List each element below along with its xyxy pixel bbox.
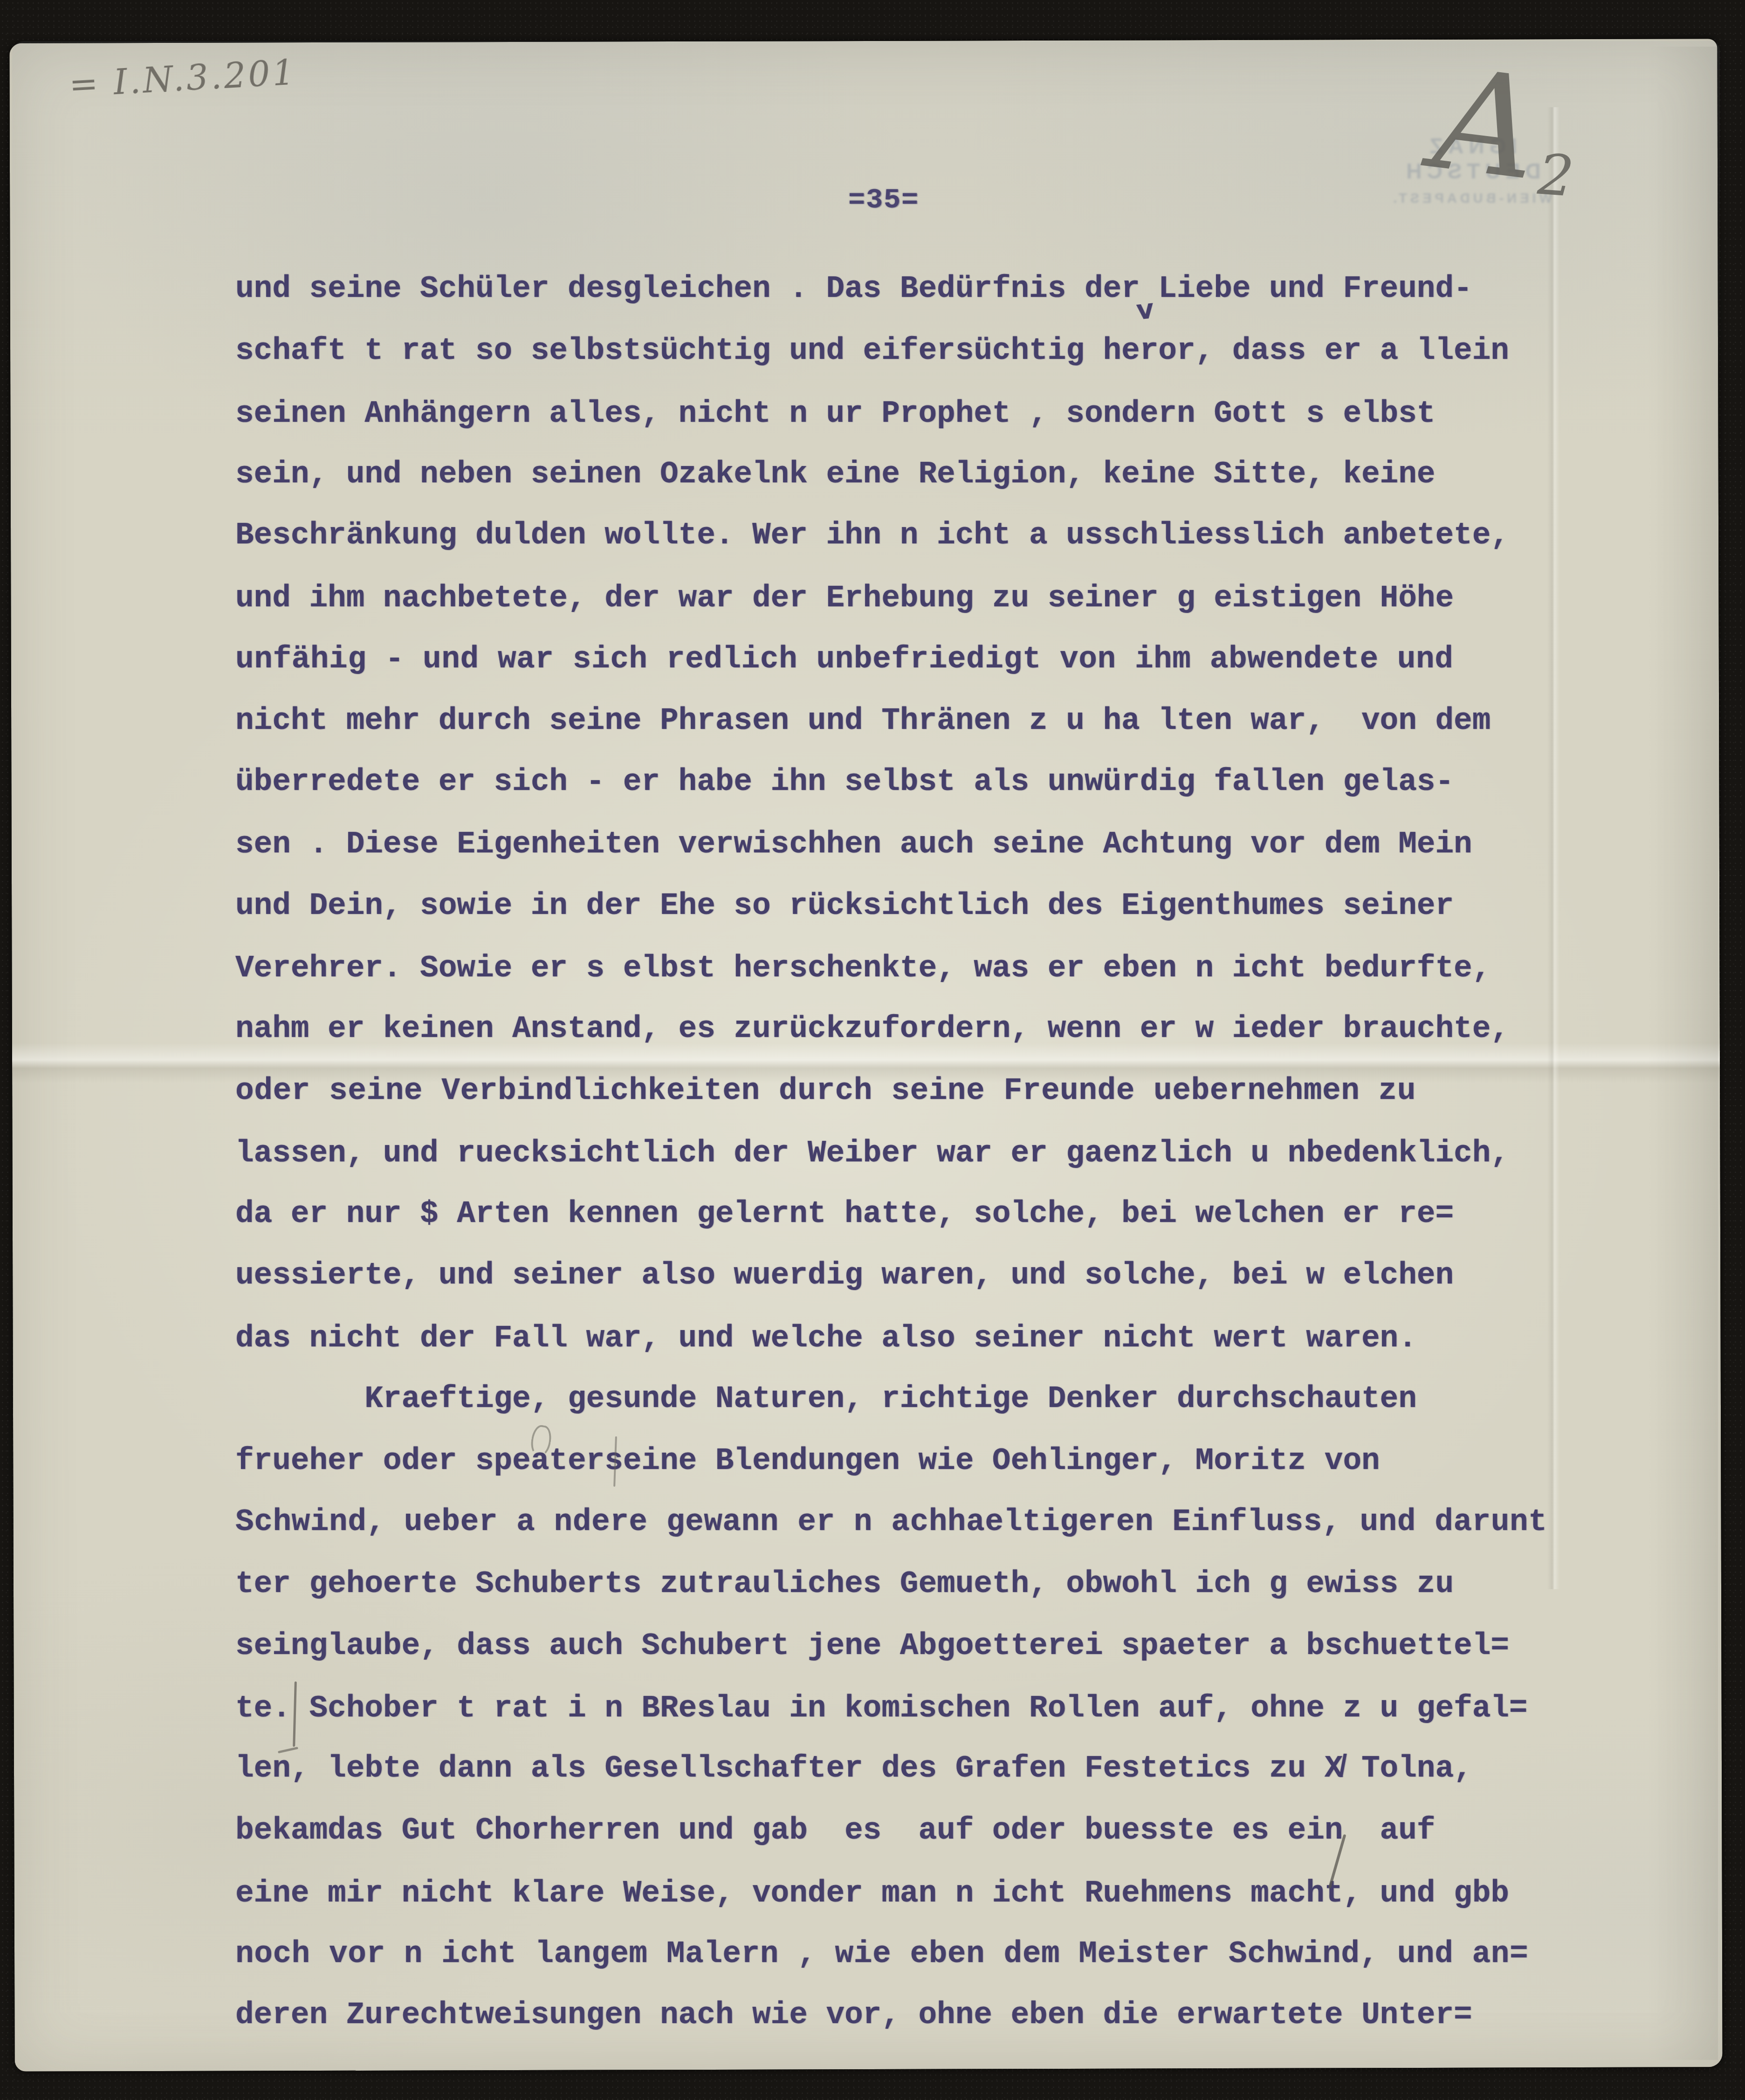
typed-line: ter gehoerte Schuberts zutrauliches Gemu… <box>235 1553 1547 1615</box>
typed-line: und Dein, sowie in der Ehe so rücksichtl… <box>235 875 1547 937</box>
page-number: =35= <box>848 185 919 216</box>
typed-line: da er nur $ Arten kennen gelernt hatte, … <box>235 1183 1547 1245</box>
typed-line: Verehrer. Sowie er s elbst herschenkte, … <box>235 938 1547 999</box>
typed-line: lassen, und ruecksichtlich der Weiber wa… <box>235 1123 1547 1184</box>
typed-line: deren Zurechtweisungen nach wie vor, ohn… <box>235 1984 1547 2046</box>
typed-line: überredete er sich - er habe ihn selbst … <box>235 751 1547 813</box>
typed-text-block: und seine Schüler desgleichen . Das Bedü… <box>235 259 1547 2047</box>
typed-line: und ihm nachbetete, der war der Erhebung… <box>235 568 1547 629</box>
typed-line: eine mir nicht klare Weise, vonder man n… <box>235 1862 1547 1924</box>
typed-line: frueher oder speaterseine Blendungen wie… <box>235 1430 1547 1492</box>
typed-line: noch vor n icht langem Malern , wie eben… <box>235 1923 1547 1985</box>
typed-line: te. Schober t rat i n BReslau in komisch… <box>235 1677 1547 1739</box>
vertical-fold-crease <box>1547 107 1560 1589</box>
typed-line: und seine Schüler desgleichen . Das Bedü… <box>235 258 1547 320</box>
typed-line: bekamdas Gut Chorherren und gab es auf o… <box>235 1800 1547 1861</box>
typed-line: seinen Anhängern alles, nicht n ur Proph… <box>235 383 1547 444</box>
typed-line: seinglaube, dass auch Schubert jene Abgo… <box>235 1615 1547 1677</box>
pencil-mark-a2: A 2 <box>1436 55 1595 223</box>
typed-line: schaft t rat so selbstsüchtig und eifers… <box>235 320 1547 382</box>
pencil-letter-a: A <box>1429 49 1546 200</box>
typed-line: sen . Diese Eigenheiten verwischhen auch… <box>235 814 1547 875</box>
typed-line: das nicht der Fall war, und welche also … <box>235 1308 1547 1369</box>
typed-line: Beschränkung dulden wollte. Wer ihn n ic… <box>235 505 1547 566</box>
typed-line: Schwind, ueber a ndere gewann er n achha… <box>235 1491 1547 1553</box>
typed-line: unfähig - und war sich redlich unbefried… <box>235 629 1547 690</box>
typed-line: uessierte, und seiner also wuerdig waren… <box>235 1245 1547 1306</box>
scanned-document-page: = I.N.3.201 =35= IGNAZ DEUTSCH WIEN-BUDA… <box>0 0 1745 2100</box>
typed-line: nahm er keinen Anstand, es zurückzuforde… <box>235 998 1547 1060</box>
typed-line: sein, und neben seinen Ozakelnk eine Rel… <box>235 444 1547 505</box>
typed-line: oder seine Verbindlichkeiten durch seine… <box>235 1060 1547 1122</box>
typed-line: nicht mehr durch seine Phrasen und Thrän… <box>235 690 1547 752</box>
typed-line: Kraeftige, gesunde Naturen, richtige Den… <box>235 1368 1547 1430</box>
right-edge-shadow <box>1647 47 1718 2060</box>
typed-line: len, lebte dann als Gesellschafter des G… <box>235 1738 1547 1799</box>
pencil-number-2: 2 <box>1536 147 1576 205</box>
